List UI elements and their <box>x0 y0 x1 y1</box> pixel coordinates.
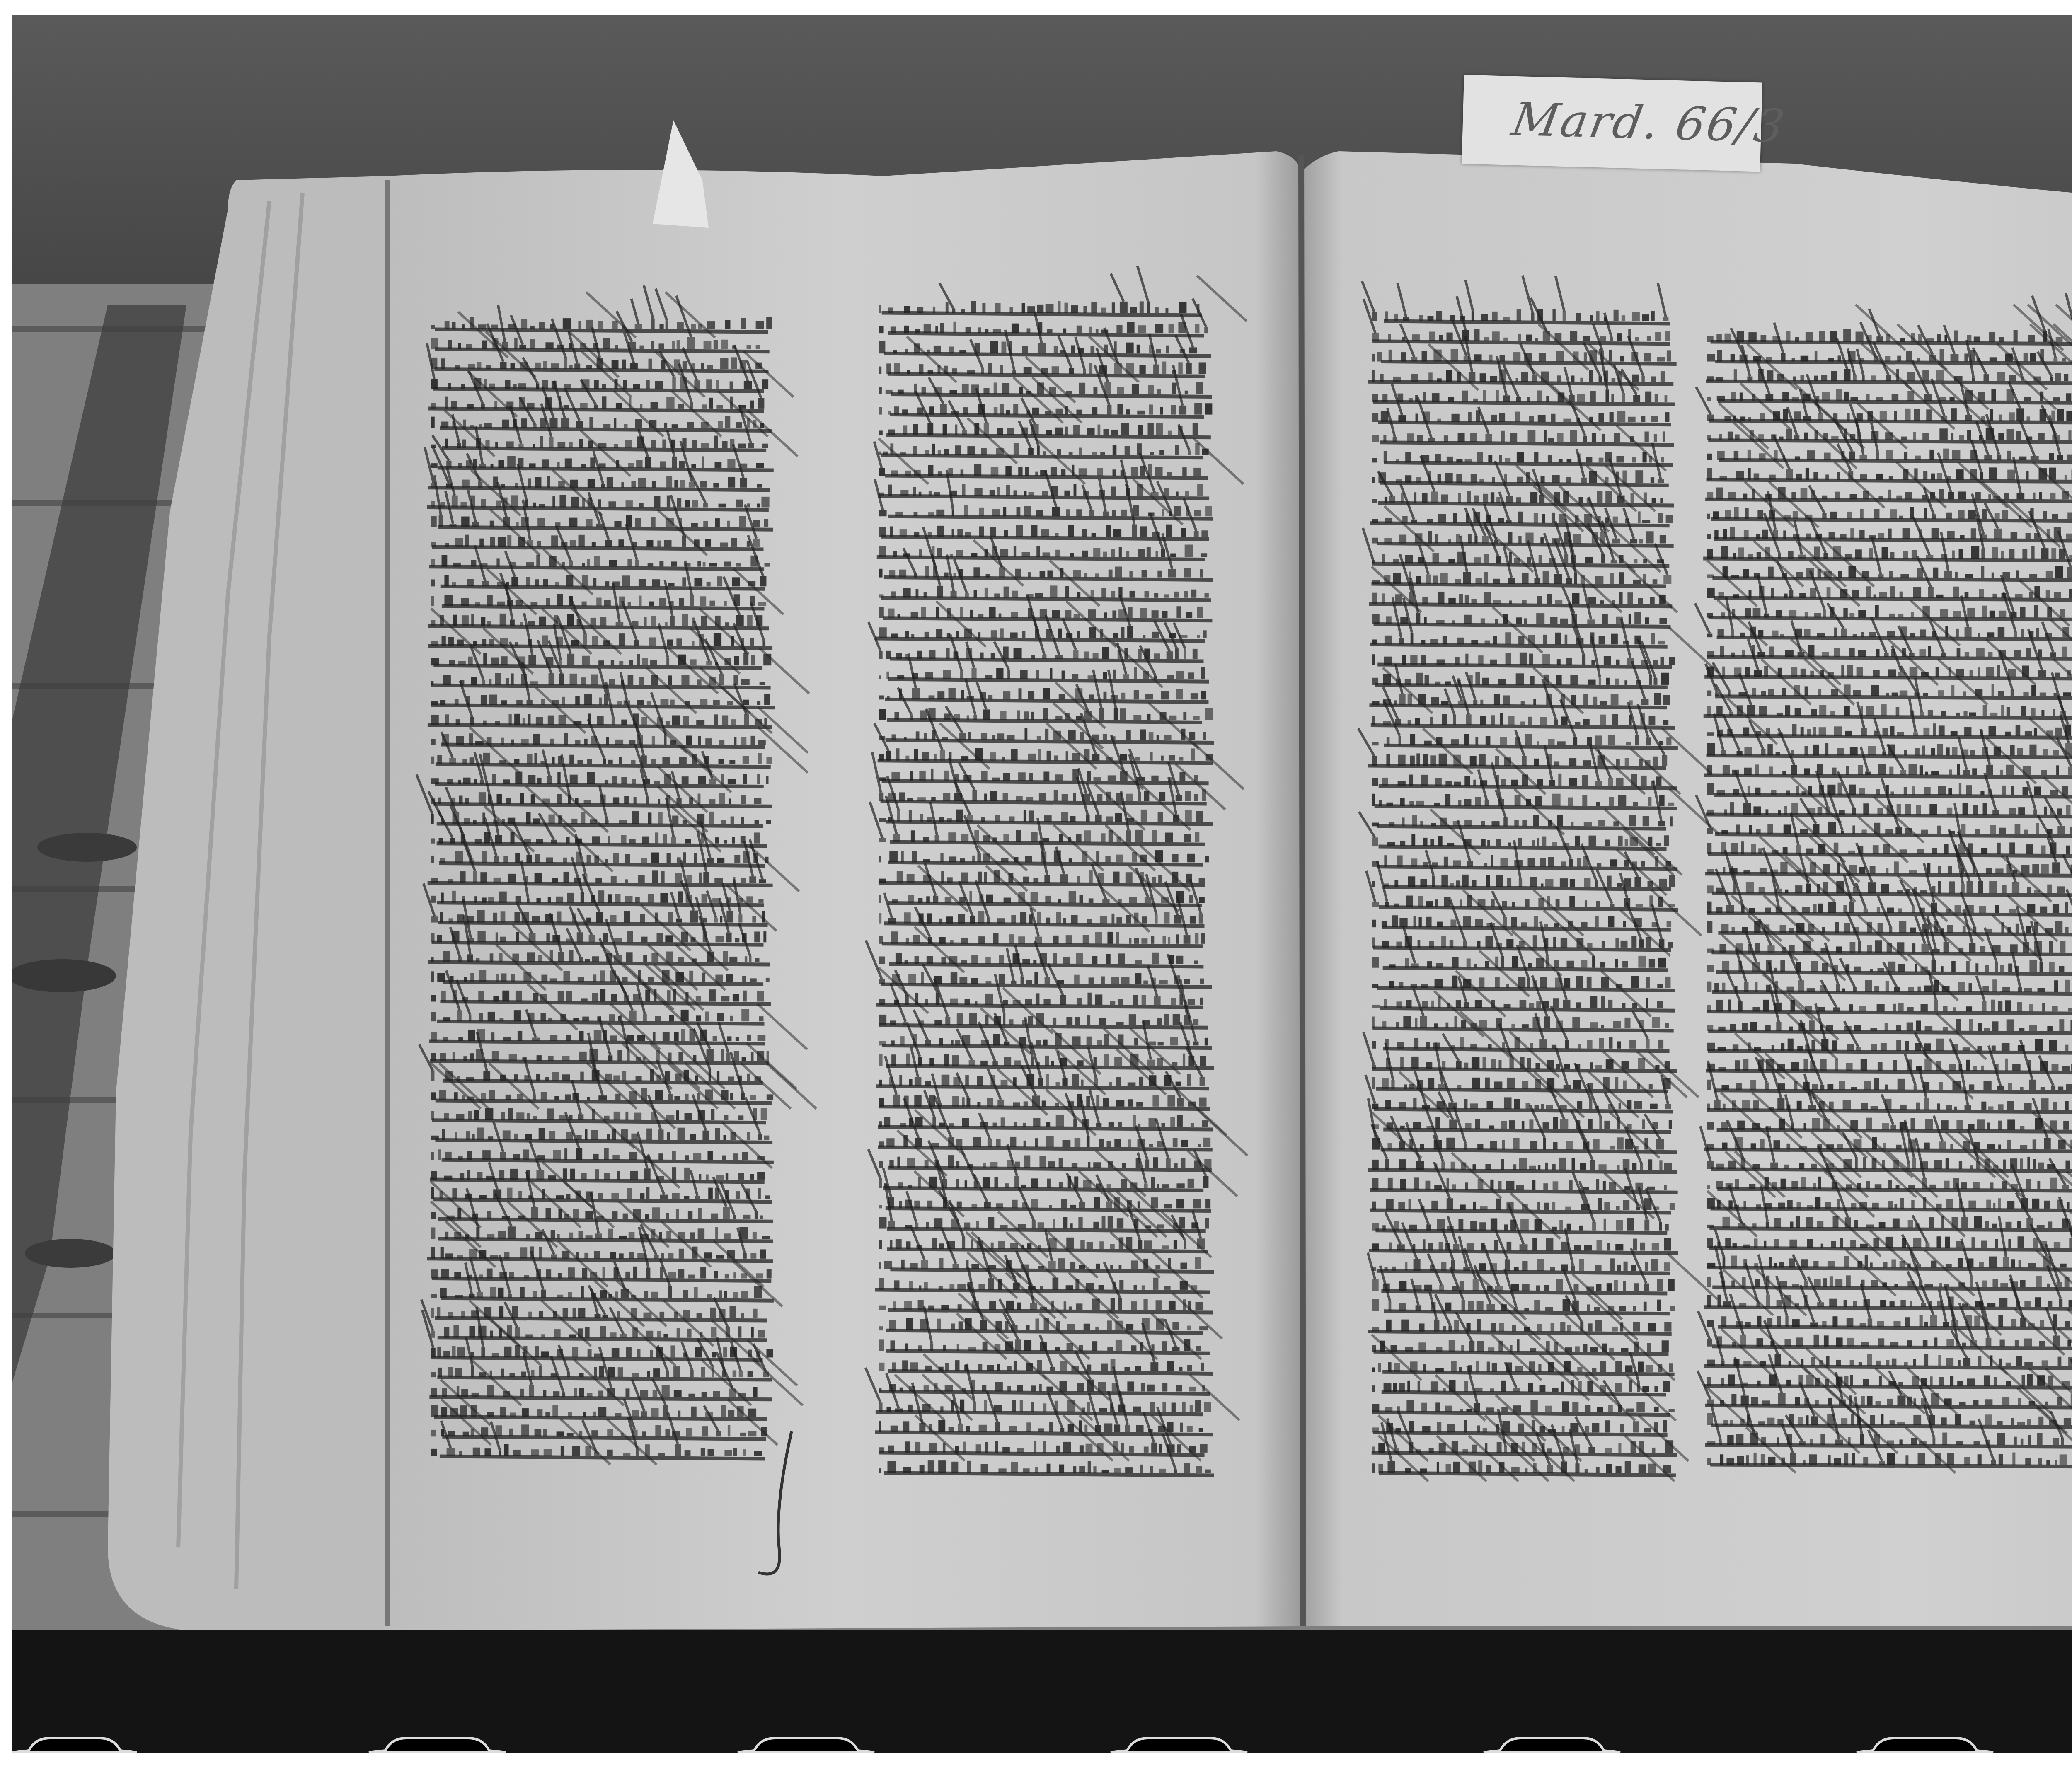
manuscript-photo <box>12 15 2072 1753</box>
nailhead <box>37 833 137 862</box>
nailhead <box>25 1239 116 1268</box>
gutter <box>1301 155 1303 1626</box>
film-border <box>12 1630 2072 1753</box>
catalog-label-text: Mard. 66/3 <box>1508 93 1790 153</box>
catalog-label-card: Mard. 66/3 <box>1462 75 1762 172</box>
nailhead <box>12 959 116 992</box>
photo-frame: Mard. 66/3 <box>12 15 2072 1753</box>
